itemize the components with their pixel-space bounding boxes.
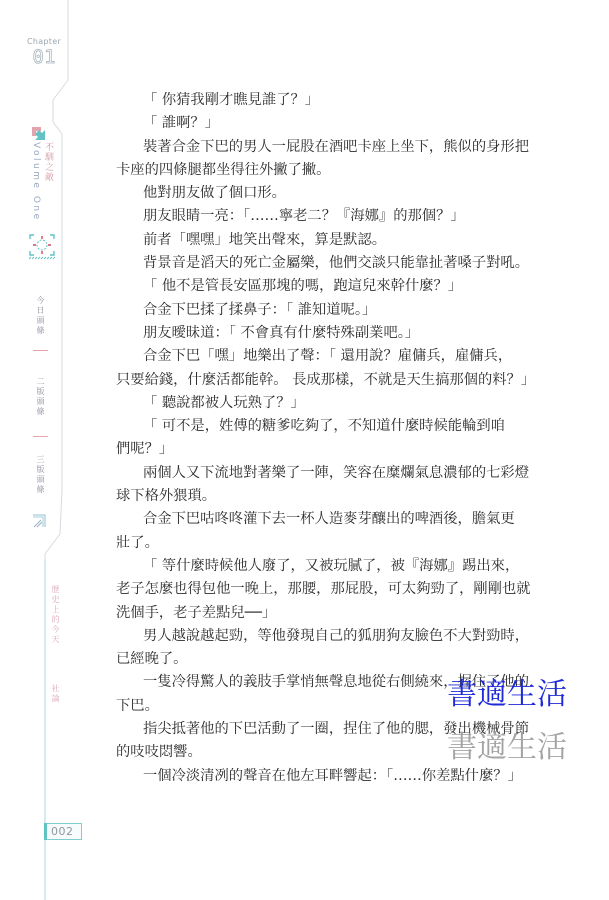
text-line: 一個冷淡清冽的聲音在他左耳畔響起：「……你差點什麼？」 — [116, 765, 516, 788]
chapter-sidebar: Chapter 01 不馴之敵 Volume One 今日頭條 二版頭條 三版頭… — [0, 0, 100, 900]
text-line: 兩個人又下流地對著樂了一陣，笑容在糜爛氣息濃郁的七彩燈 — [116, 462, 516, 485]
nav-item-today-headline[interactable]: 今日頭條 — [35, 296, 45, 336]
page-number-badge: 002 — [44, 823, 82, 840]
text-line: 他對朋友做了個口形。 — [116, 182, 516, 205]
volume-title: 不馴之敵 — [43, 142, 53, 182]
nav-item-history-today[interactable]: 歷史上的今天 — [50, 585, 60, 645]
text-line: 「 可不是，姓傅的糖爹吃夠了，不知道什麼時候能輪到咱 — [116, 415, 516, 438]
text-line: 壯了。 — [116, 532, 516, 555]
text-line: 球下格外猥瑣。 — [116, 485, 516, 508]
nav-item-editorial[interactable]: 社論 — [50, 684, 60, 704]
text-line: 卡座的四條腿都坐得往外撇了撇。 — [116, 159, 516, 182]
text-line: 已經晚了。 — [116, 648, 516, 671]
text-line: 們呢？」 — [116, 438, 516, 461]
text-line: 老子怎麼也得包他一晚上，那腰，那屁股，可太夠勁了，剛剛也就 — [116, 578, 516, 601]
nav-item-third-headline[interactable]: 三版頭條 — [35, 455, 45, 495]
chapter-label: Chapter — [24, 37, 64, 46]
text-line: 「 誰啊？」 — [116, 112, 516, 135]
text-line: 只要給錢，什麼活都能幹。 長成那樣，不就是天生搞那個的料？」 — [116, 369, 516, 392]
volume-subtitle: Volume One — [31, 142, 41, 222]
text-line: 「 他不是管長安區那塊的嗎，跑這兒來幹什麼？」 — [116, 275, 516, 298]
watermark-secondary: 書適生活 — [447, 722, 567, 766]
sidebar-frame-line — [0, 0, 100, 900]
text-line: 合金下巴揉了揉鼻子：「 誰知道呢。」 — [116, 299, 516, 322]
page-number-accent — [44, 823, 47, 840]
watermark-primary: 書適生活 — [447, 669, 567, 713]
text-line: 合金下巴咕咚咚灌下去一杯人造麥芽釀出的啤酒後，膽氣更 — [116, 508, 516, 531]
text-line: 朋友曖昧道：「 不會真有什麼特殊副業吧。」 — [116, 322, 516, 345]
text-line: 合金下巴「嘿」地樂出了聲：「 還用說？雇傭兵，雇傭兵， — [116, 345, 516, 368]
nav-separator — [33, 350, 48, 351]
text-line: 洗個手，老子差點兒──」 — [116, 602, 516, 625]
page-number: 002 — [51, 825, 74, 838]
arrow-up-right-icon — [32, 127, 45, 140]
text-line: 「 你猜我剛才瞧見誰了？」 — [116, 89, 516, 112]
crosshair-target-icon — [28, 233, 56, 261]
arrow-down-left-icon[interactable] — [32, 514, 48, 528]
text-line: 朋友眼睛一亮：「……寧老二？『海娜』的那個？」 — [116, 205, 516, 228]
nav-item-second-headline[interactable]: 二版頭條 — [35, 377, 45, 417]
text-line: 前者「嘿嘿」地笑出聲來，算是默認。 — [116, 229, 516, 252]
text-line: 裝著合金下巴的男人一屁股在酒吧卡座上坐下，熊似的身形把 — [116, 136, 516, 159]
text-line: 「 聽說都被人玩熟了？」 — [116, 392, 516, 415]
nav-separator — [33, 436, 48, 437]
text-line: 男人越說越起勁，等他發現自己的狐朋狗友臉色不大對勁時， — [116, 625, 516, 648]
text-line: 背景音是滔天的死亡金屬樂，他們交談只能靠扯著嗓子對吼。 — [116, 252, 516, 275]
text-line: 「 等什麼時候他人廢了，又被玩膩了，被『海娜』踢出來， — [116, 555, 516, 578]
chapter-number: 01 — [24, 46, 64, 68]
